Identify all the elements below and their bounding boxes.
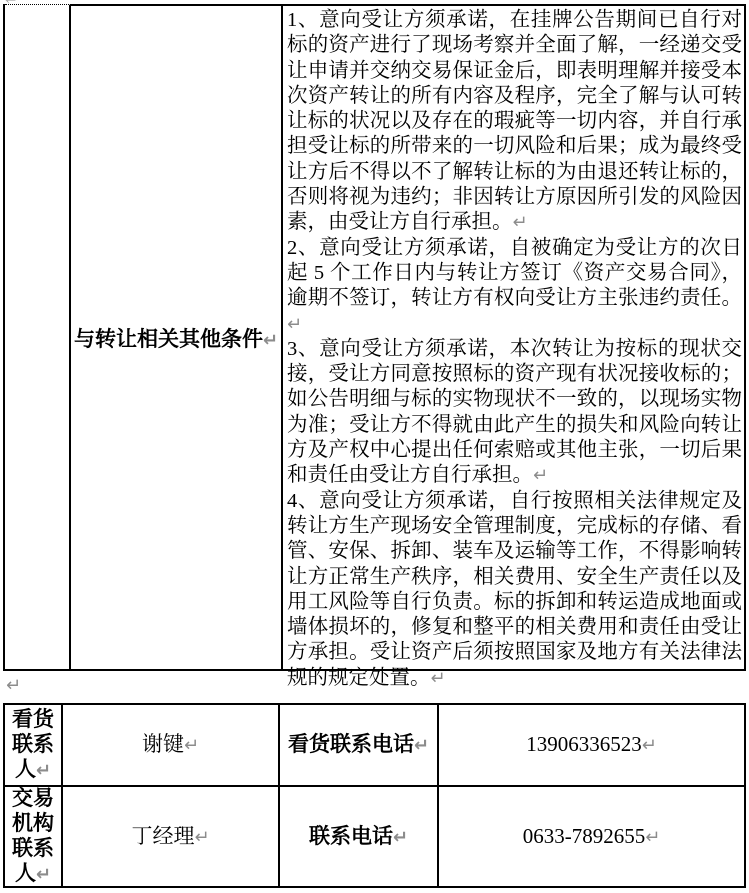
- empty-left-cell: [5, 4, 71, 669]
- viewing-contact-label-cell: 看货联系人↵: [5, 705, 63, 787]
- agency-phone-label-cell: 联系电话↵: [280, 787, 439, 886]
- clause-text-1: 1、意向受让方须承诺，在挂牌公告期间已自行对标的资产进行了现场考察并全面了解，一…: [287, 9, 742, 233]
- agency-contact-label-cell: 交易机构联系人↵: [5, 787, 63, 886]
- viewing-phone-label: 看货联系电话↵: [288, 732, 429, 758]
- clause-paragraph-4: 4、意向受让方须承诺，自行按照相关法律规定及转让方生产现场安全管理制度，完成标的…: [287, 489, 742, 691]
- agency-phone-text: 0633-7892655: [523, 824, 646, 848]
- paragraph-mark-icon: ↵: [36, 760, 51, 781]
- clause-text-3: 3、意向受让方须承诺，本次转让为按标的现状交接，受让方同意按照标的资产现有状况接…: [287, 338, 742, 486]
- row-label-text: 与转让相关其他条件: [74, 327, 263, 351]
- viewing-phone-label-cell: 看货联系电话↵: [280, 705, 439, 787]
- agency-phone-label-text: 联系电话: [309, 824, 393, 848]
- agency-contact-name-text: 丁经理: [131, 824, 194, 848]
- row-label: 与转让相关其他条件↵: [74, 323, 278, 353]
- agency-contact-name-cell: 丁经理↵: [63, 787, 280, 886]
- clause-paragraph-3: 3、意向受让方须承诺，本次转让为按标的现状交接，受让方同意按照标的资产现有状况接…: [287, 337, 742, 489]
- paragraph-mark-icon: ↵: [533, 465, 548, 486]
- agency-phone-label: 联系电话↵: [309, 824, 408, 850]
- viewing-phone-text: 13906336523: [526, 732, 642, 756]
- agency-contact-name: 丁经理↵: [131, 824, 209, 850]
- paragraph-mark-icon: ↵: [645, 827, 660, 848]
- viewing-contact-name: 谢键↵: [142, 732, 199, 758]
- between-tables-paragraph: ↵: [6, 674, 21, 697]
- viewing-contact-name-text: 谢键: [142, 732, 184, 756]
- paragraph-mark-icon: ↵: [642, 735, 657, 756]
- agency-contact-label: 交易机构联系人↵: [11, 787, 55, 886]
- row-label-cell: 与转让相关其他条件↵: [71, 4, 283, 669]
- paragraph-mark-icon: ↵: [414, 735, 429, 756]
- clause-text-2: 2、意向受让方须承诺，自被确定为受让方的次日起 5 个工作日内与转让方签订《资产…: [287, 237, 742, 310]
- viewing-phone-label-text: 看货联系电话: [288, 732, 414, 756]
- paragraph-mark-icon: ↵: [393, 827, 408, 848]
- contacts-table: 看货联系人↵ 谢键↵ 看货联系电话↵ 13906336523↵ 交易机构联系人↵…: [3, 703, 746, 888]
- paragraph-mark-icon: ↵: [194, 827, 209, 848]
- transfer-conditions-table: 与转让相关其他条件↵ 1、意向受让方须承诺，在挂牌公告期间已自行对标的资产进行了…: [3, 4, 746, 671]
- clause-text-4: 4、意向受让方须承诺，自行按照相关法律规定及转让方生产现场安全管理制度，完成标的…: [287, 490, 742, 689]
- clause-paragraph-1: 1、意向受让方须承诺，在挂牌公告期间已自行对标的资产进行了现场考察并全面了解，一…: [287, 8, 742, 236]
- viewing-phone-cell: 13906336523↵: [439, 705, 744, 787]
- paragraph-mark-icon: ↵: [513, 212, 528, 233]
- agency-phone-number: 0633-7892655↵: [523, 824, 661, 850]
- viewing-contact-label: 看货联系人↵: [11, 707, 55, 783]
- paragraph-mark-icon: ↵: [184, 735, 199, 756]
- paragraph-mark-icon: ↵: [431, 668, 446, 689]
- viewing-phone-number: 13906336523↵: [526, 732, 657, 758]
- paragraph-mark-icon: ↵: [6, 675, 21, 696]
- paragraph-mark-icon: ↵: [36, 864, 51, 885]
- paragraph-mark-icon: ↵: [263, 330, 278, 351]
- paragraph-mark-icon: ↵: [287, 314, 302, 335]
- document-page: ↵ 与转让相关其他条件↵ 1、意向受让方须承诺，在挂牌公告期间已自行对标的资产进…: [0, 0, 749, 893]
- viewing-contact-name-cell: 谢键↵: [63, 705, 280, 787]
- agency-phone-cell: 0633-7892655↵: [439, 787, 744, 886]
- clauses-cell: 1、意向受让方须承诺，在挂牌公告期间已自行对标的资产进行了现场考察并全面了解，一…: [283, 4, 744, 669]
- clause-paragraph-2: 2、意向受让方须承诺，自被确定为受让方的次日起 5 个工作日内与转让方签订《资产…: [287, 236, 742, 337]
